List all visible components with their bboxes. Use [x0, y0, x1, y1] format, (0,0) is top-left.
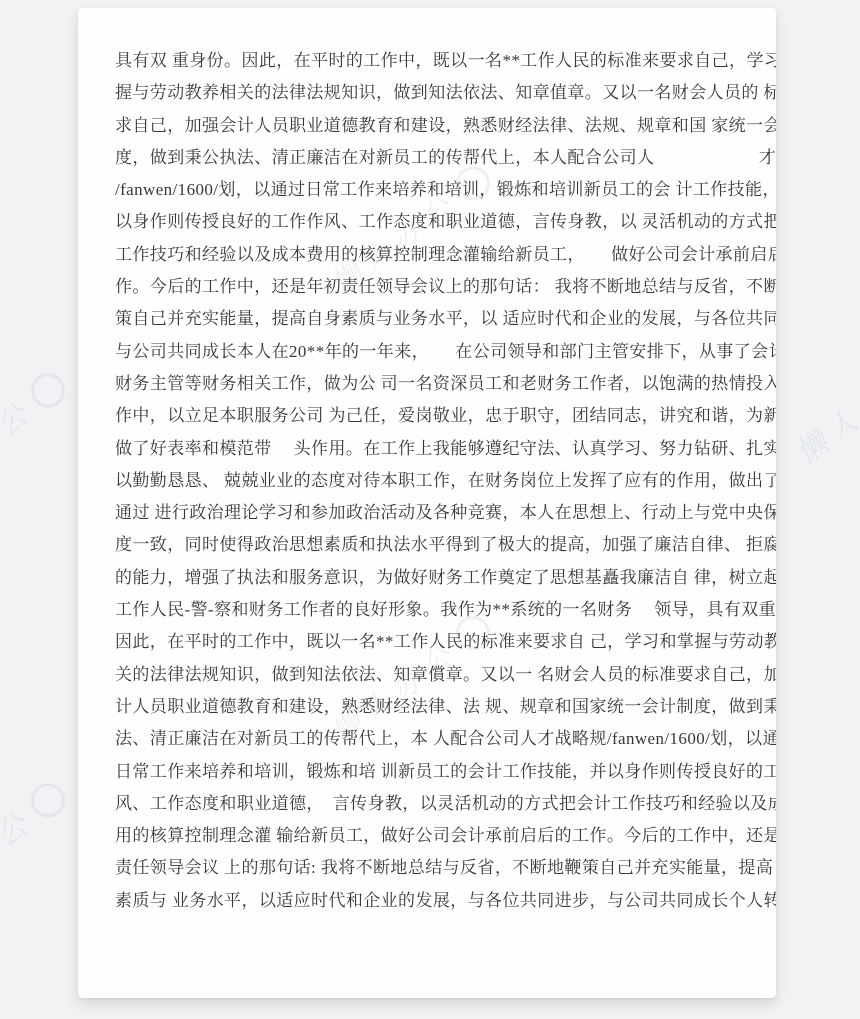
text-line: 素质与 业务水平，以适应时代和企业的发展，与各位共同进步，与公司共同成长个人转正… — [115, 885, 740, 917]
text-line: 计人员职业道德教育和建设，熟悉财经法律、法 规、规章和国家统一会计制度，做到秉公… — [115, 691, 740, 723]
document-text: 具有双 重身份。因此，在平时的工作中，既以一名**工作人民的标准来要求自己，学习… — [115, 45, 740, 917]
text-line: 用的核算控制理念灌 输给新员工，做好公司会计承前启后的工作。今后的工作中，还是年… — [115, 820, 740, 852]
text-line: 以勤勤恳恳、 兢兢业业的态度对待本职工作，在财务岗位上发挥了应有的作用，做出了贡… — [115, 465, 740, 497]
watermark-text: 懒人办公 — [0, 387, 41, 510]
text-line: 工作技巧和经验以及成本费用的核算控制理念灌输给新员工， 做好公司会计承前启后的工 — [115, 239, 740, 271]
text-line: 作中，以立足本职服务公司 为己任，爱岗敬业，忠于职守，团结同志，讲究和谐，为新员… — [115, 400, 740, 432]
text-line: 风、工作态度和职业道德， 言传身教，以灵活机动的方式把会计工作技巧和经验以及成本… — [115, 788, 740, 820]
watermark: 懒人办公 — [0, 773, 75, 920]
text-line: 握与劳动教养相关的法律法规知识，做到知法依法、知章值章。又以一名财会人员的 标准… — [115, 77, 740, 109]
text-line: 财务主管等财务相关工作，做为公 司一名资深员工和老财务工作者，以饱满的热情投入到… — [115, 368, 740, 400]
text-line: 求自己，加强会计人员职业道德教育和建设，熟悉财经法律、法规、规章和国 家统一会计… — [115, 110, 740, 142]
text-line: 通过 进行政治理论学习和参加政治活动及各种竞赛，本人在思想上、行动上与党中央保持… — [115, 497, 740, 529]
text-line: 因此，在平时的工作中，既以一名**工作人民的标准来要求自 己，学习和掌握与劳动教… — [115, 626, 740, 658]
page-background: 懒人办公 懒人办公 懒人办公 懒人办公 懒人办公 具有双 重身份。因此，在平时的… — [0, 0, 860, 1019]
text-line: /fanwen/1600/划，以通过日常工作来培养和培训，锻炼和培训新员工的会 … — [115, 174, 740, 206]
text-line: 法、清正廉洁在对新员工的传帮代上，本 人配合公司人才战略规/fanwen/160… — [115, 723, 740, 755]
text-line: 以身作则传授良好的工作作风、工作态度和职业道德，言传身教，以 灵活机动的方式把会… — [115, 206, 740, 238]
text-line: 策自己并充实能量，提高自身素质与业务水平，以 适应时代和企业的发展，与各位共同进… — [115, 303, 740, 335]
text-line: 与公司共同成长本人在20**年的一年来， 在公司领导和部门主管安排下，从事了会计… — [115, 336, 740, 368]
watermark: 懒人办公 — [0, 363, 75, 510]
text-line: 做了好表率和模范带 头作用。在工作上我能够遵纪守法、认真学习、努力钻研、扎实工作… — [115, 433, 740, 465]
document-page: 懒人办公 懒人办公 具有双 重身份。因此，在平时的工作中，既以一名**工作人民的… — [78, 8, 776, 998]
watermark-logo-circle — [24, 367, 71, 414]
text-line: 具有双 重身份。因此，在平时的工作中，既以一名**工作人民的标准来要求自己，学习… — [115, 45, 740, 77]
watermark: 懒人办公 — [785, 325, 860, 472]
watermark-text: 懒人办公 — [0, 797, 41, 920]
watermark-logo-circle — [24, 777, 71, 824]
text-line: 关的法律法规知识，做到知法依法、知章償章。又以一 名财会人员的标准要求自己，加强… — [115, 659, 740, 691]
text-line: 作。今后的工作中，还是年初责任领导会议上的那句话： 我将不断地总结与反省，不断地… — [115, 271, 740, 303]
text-line: 责任领导会议 上的那句话: 我将不断地总结与反省，不断地鞭策自己并充实能量，提高… — [115, 852, 740, 884]
text-line: 的能力，增强了执法和服务意识，为做好财务工作奠定了思想基矗我廉洁自 律，树立起劳… — [115, 562, 740, 594]
text-line: 工作人民-警-察和财务工作者的良好形象。我作为**系统的一名财务 领导，具有双重… — [115, 594, 740, 626]
text-line: 度，做到秉公执法、清正廉洁在对新员工的传帮代上，本人配合公司人 才战略规 — [115, 142, 740, 174]
text-line: 日常工作来培养和培训，锻炼和培 训新员工的会计工作技能，并以身作则传授良好的工作… — [115, 756, 740, 788]
text-line: 度一致，同时使得政治思想素质和执法水平得到了极大的提高，加强了廉洁自律、 拒腐防… — [115, 529, 740, 561]
watermark-text: 懒人办公 — [785, 349, 860, 472]
